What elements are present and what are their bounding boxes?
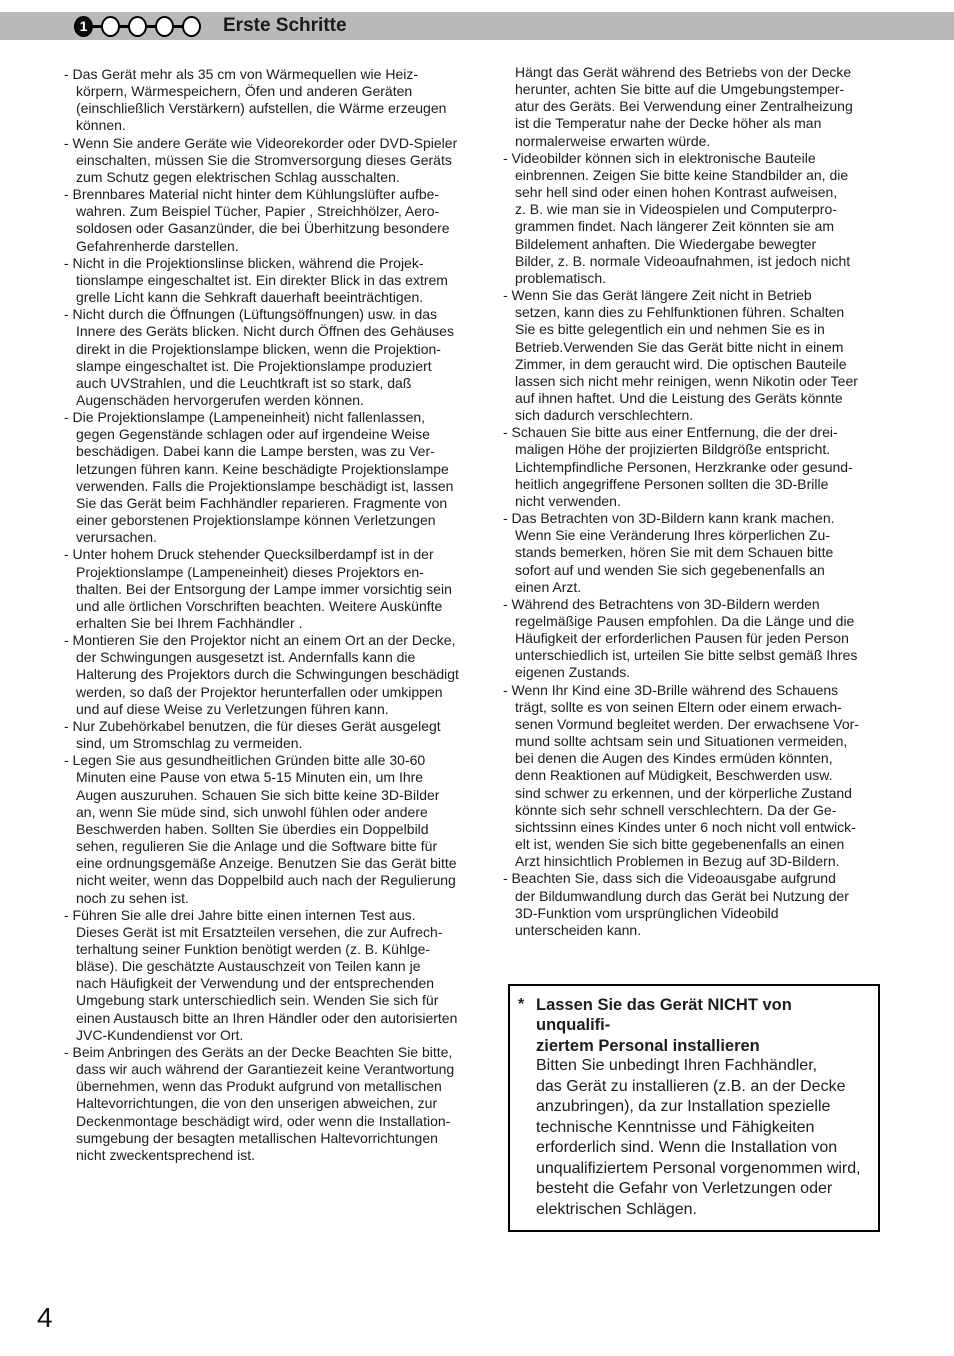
list-item: - Das Betrachten von 3D-Bildern kann kra… — [503, 510, 905, 596]
list-item: - Nicht in die Projektionslinse blicken,… — [64, 255, 516, 306]
list-item: - Schauen Sie bitte aus einer Entfernung… — [503, 424, 905, 510]
step-circle-1-icon: 1 — [74, 16, 93, 37]
list-item: - Wenn Sie das Gerät längere Zeit nicht … — [503, 287, 905, 424]
warning-body: Bitten Sie unbedingt Ihren Fachhändler, … — [536, 1056, 870, 1220]
step-circle-2-icon — [101, 16, 120, 37]
right-column: Hängt das Gerät während des Betriebs von… — [503, 64, 905, 1232]
list-item: - Nur Zubehörkabel benutzen, die für die… — [64, 718, 516, 752]
list-item: - Brennbares Material nicht hinter dem K… — [64, 186, 516, 255]
section-title: Erste Schritte — [223, 15, 347, 37]
list-item: - Unter hohem Druck stehender Quecksilbe… — [64, 546, 516, 632]
installation-warning-box: * Lassen Sie das Gerät NICHT von unquali… — [508, 984, 880, 1233]
step-connector — [147, 25, 155, 28]
step-connector — [93, 25, 101, 28]
left-column: - Das Gerät mehr als 35 cm von Wärmequel… — [64, 66, 516, 1164]
list-item: - Wenn Sie andere Geräte wie Videorekord… — [64, 135, 516, 186]
list-item: - Legen Sie aus gesundheitlichen Gründen… — [64, 752, 516, 906]
list-item: Hängt das Gerät während des Betriebs von… — [503, 64, 905, 150]
step-circle-3-icon — [128, 16, 147, 37]
list-item: - Die Projektionslampe (Lampeneinheit) n… — [64, 409, 516, 546]
page-number: 4 — [37, 1302, 53, 1334]
list-item: - Während des Betrachtens von 3D-Bildern… — [503, 596, 905, 682]
list-item: - Das Gerät mehr als 35 cm von Wärmequel… — [64, 66, 516, 135]
list-item: - Beim Anbringen des Geräts an der Decke… — [64, 1044, 516, 1164]
asterisk-marker: * — [518, 995, 536, 1221]
step-connector — [174, 25, 182, 28]
warning-content: Lassen Sie das Gerät NICHT von unqualifi… — [536, 995, 870, 1221]
list-item: - Führen Sie alle drei Jahre bitte einen… — [64, 907, 516, 1044]
header-bar: 1 Erste Schritte — [0, 12, 954, 40]
step-circle-4-icon — [155, 16, 174, 37]
step-circle-5-icon — [182, 16, 201, 37]
list-item: - Montieren Sie den Projektor nicht an e… — [64, 632, 516, 718]
step-indicator: 1 — [74, 16, 201, 37]
warning-heading: Lassen Sie das Gerät NICHT von unqualifi… — [536, 995, 870, 1057]
list-item: - Beachten Sie, dass sich die Videoausga… — [503, 870, 905, 939]
list-item: - Wenn Ihr Kind eine 3D-Brille während d… — [503, 682, 905, 871]
right-column-items: Hängt das Gerät während des Betriebs von… — [503, 64, 905, 939]
list-item: - Nicht durch die Öffnungen (Lüftungsöff… — [64, 306, 516, 409]
list-item: - Videobilder können sich in elektronisc… — [503, 150, 905, 287]
step-connector — [120, 25, 128, 28]
